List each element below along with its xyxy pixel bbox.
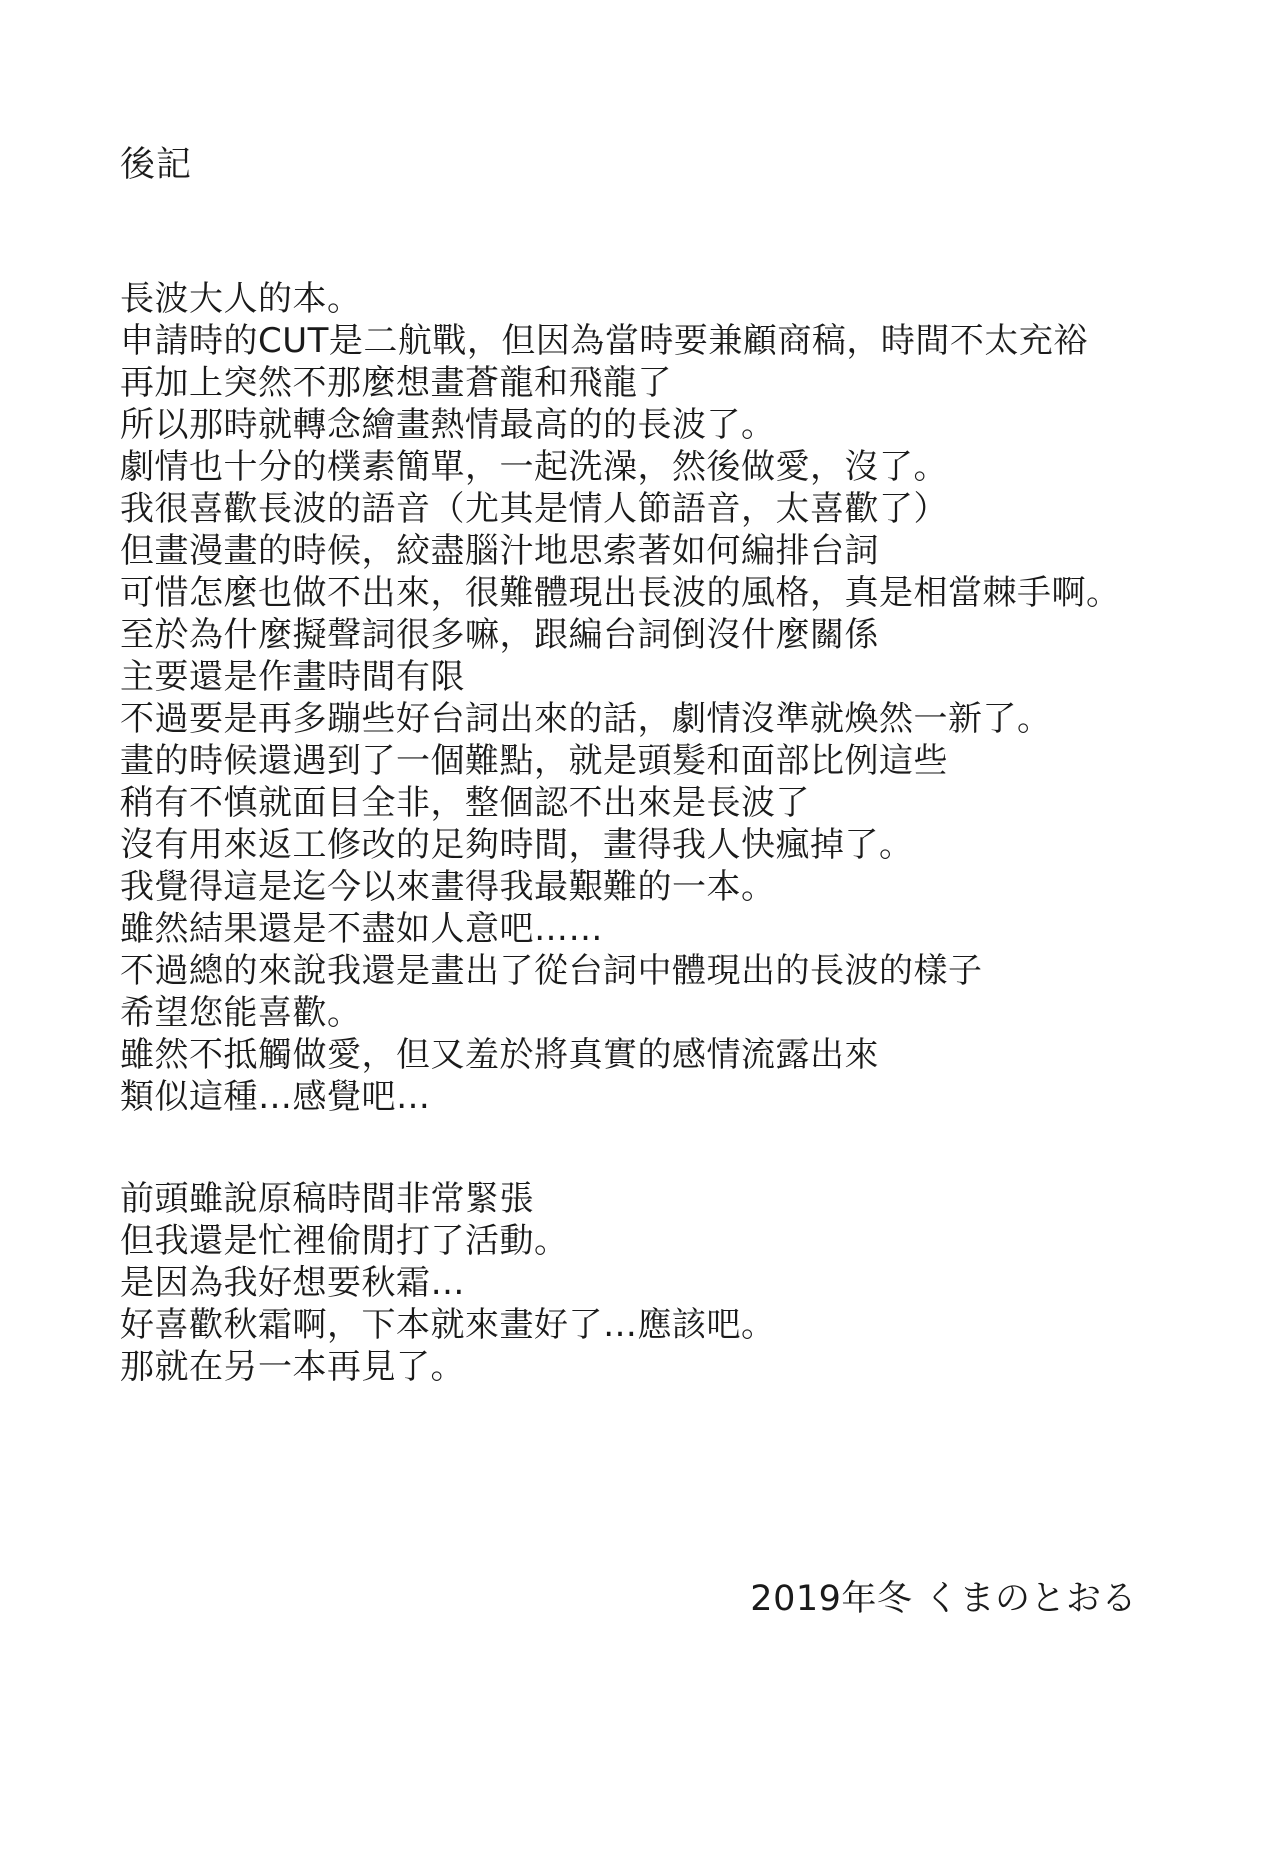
afterword-line: 前頭雖說原稿時間非常緊張 (120, 1178, 1280, 1220)
afterword-line: 所以那時就轉念繪畫熱情最高的的長波了。 (120, 404, 1280, 446)
afterword-line: 但畫漫畫的時候，絞盡腦汁地思索著如何編排台詞 (120, 530, 1280, 572)
afterword-line: 雖然不抵觸做愛，但又羞於將真實的感情流露出來 (120, 1034, 1280, 1076)
afterword-line: 沒有用來返工修改的足夠時間，畫得我人快瘋掉了。 (120, 824, 1280, 866)
afterword-line: 希望您能喜歡。 (120, 992, 1280, 1034)
afterword-line: 申請時的CUT是二航戰，但因為當時要兼顧商稿，時間不太充裕 (120, 320, 1280, 362)
afterword-line: 但我還是忙裡偷閒打了活動。 (120, 1220, 1280, 1262)
afterword-line: 不過總的來說我還是畫出了從台詞中體現出的長波的樣子 (120, 950, 1280, 992)
signature-date-author: 2019年冬 くまのとおる (120, 1578, 1137, 1620)
afterword-line: 劇情也十分的樸素簡單，一起洗澡，然後做愛，沒了。 (120, 446, 1280, 488)
afterword-paragraph-2: 前頭雖說原稿時間非常緊張 但我還是忙裡偷閒打了活動。 是因為我好想要秋霜… 好喜… (120, 1178, 1280, 1388)
afterword-page: 後記 長波大人的本。 申請時的CUT是二航戰，但因為當時要兼顧商稿，時間不太充裕… (0, 0, 1280, 1860)
afterword-line: 至於為什麼擬聲詞很多嘛，跟編台詞倒沒什麼關係 (120, 614, 1280, 656)
afterword-line: 可惜怎麼也做不出來，很難體現出長波的風格，真是相當棘手啊。 (120, 572, 1280, 614)
afterword-line: 長波大人的本。 (120, 278, 1280, 320)
afterword-line: 那就在另一本再見了。 (120, 1346, 1280, 1388)
afterword-line: 是因為我好想要秋霜… (120, 1262, 1280, 1304)
afterword-line: 類似這種…感覺吧… (120, 1076, 1280, 1118)
afterword-line: 主要還是作畫時間有限 (120, 656, 1280, 698)
afterword-line: 雖然結果還是不盡如人意吧…… (120, 908, 1280, 950)
page-title: 後記 (120, 145, 1280, 185)
afterword-line: 我很喜歡長波的語音（尤其是情人節語音，太喜歡了） (120, 488, 1280, 530)
afterword-line: 再加上突然不那麼想畫蒼龍和飛龍了 (120, 362, 1280, 404)
afterword-paragraph-1: 長波大人的本。 申請時的CUT是二航戰，但因為當時要兼顧商稿，時間不太充裕 再加… (120, 278, 1280, 1118)
afterword-line: 我覺得這是迄今以來畫得我最艱難的一本。 (120, 866, 1280, 908)
afterword-line: 畫的時候還遇到了一個難點，就是頭髮和面部比例這些 (120, 740, 1280, 782)
afterword-line: 稍有不慎就面目全非，整個認不出來是長波了 (120, 782, 1280, 824)
afterword-line: 好喜歡秋霜啊，下本就來畫好了…應該吧。 (120, 1304, 1280, 1346)
afterword-line: 不過要是再多蹦些好台詞出來的話，劇情沒準就煥然一新了。 (120, 698, 1280, 740)
